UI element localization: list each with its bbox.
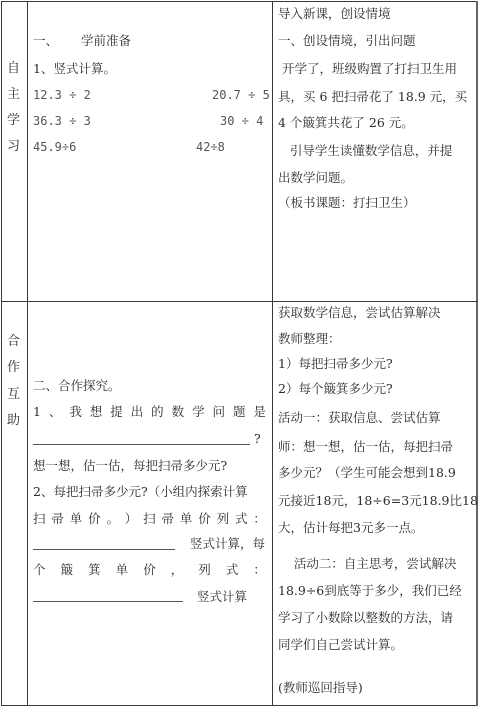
teacher-line: 1）每把扫帚多少元? [278,356,393,372]
question-2-line-2: 扫 帚 单 价 。 ） 扫 帚 单 价 列 式 ： [33,511,266,527]
label-char: 主 [7,87,20,103]
teacher-line: 活动一：获取信息、尝试估算 [278,410,441,426]
table-border-bottom [1,705,478,706]
estimate-prompt: 想一想，估一估，每把扫帚多少元? [33,458,227,474]
q-char: 提 [110,404,123,420]
label-char: 合 [7,334,20,350]
q-char: 列 [198,562,211,578]
table-border-top [1,1,478,2]
q-char: 式 [226,562,239,578]
table-border-left [1,1,2,706]
teacher-line: 引导学生读懂数学信息，并提 [278,143,452,159]
q-char: 1 [33,404,41,420]
q-char: 价 [198,511,211,527]
teacher-line: 2）每个簸箕多少元? [278,381,393,397]
q-char: 帚 [162,511,175,527]
teacher-line: 出数学问题。 [278,170,353,186]
q-char: 数 [172,404,185,420]
teacher-line: （板书课题：打扫卫生） [278,195,416,211]
label-char: 自 [7,61,20,77]
teacher-line: 具，买 6 把扫帚花了 18.9 元，买 [278,89,467,105]
teacher-line: 4 个簸箕共花了 26 元。 [278,115,414,131]
section-heading: 学前准备 [81,33,131,49]
lesson-plan-table: 自 主 学 习 一、 学前准备 1、竖式计算。 12.3 ÷ 2 20.7 ÷ … [0,0,479,707]
q-char: 列 [217,511,230,527]
question-mark: ? [254,431,261,447]
q-char: 簸 [61,562,74,578]
teacher-line: 导入新课，创设情境 [278,6,391,22]
q-char: 价 [88,511,101,527]
task-label: 1、竖式计算。 [33,61,116,77]
answer-blank-1[interactable] [33,444,250,445]
label-char: 助 [7,413,20,429]
q-char: 帚 [51,511,64,527]
problem-right: 20.7 ÷ 5 [212,87,270,103]
label-char: 互 [7,387,20,403]
teacher-line: 活动二：自主思考，尝试解决 [278,556,456,572]
q-char: 个 [33,562,46,578]
answer-blank-2[interactable] [33,549,175,550]
label-char: 作 [7,360,20,376]
q-char: 箕 [88,562,101,578]
teacher-line: 师：想一想，估一估，每把扫帚 [278,439,453,455]
teacher-line: 获取数学信息，尝试估算解决 [278,305,441,321]
q-char: ： [253,562,266,578]
label-char: 习 [7,139,20,155]
q-char: 的 [151,404,164,420]
vertical-calc-label: 竖式计算 [197,589,247,605]
teacher-line: 开学了，班级购置了打扫卫生用 [278,61,457,77]
q-char: ） [125,511,138,527]
q-char: 单 [116,562,129,578]
q-char: 出 [131,404,144,420]
q-char: ， [171,562,184,578]
problem-left: 12.3 ÷ 2 [33,87,91,103]
q-char: 想 [90,404,103,420]
problem-right: 42÷8 [196,139,225,155]
teacher-line: 一、创设情境，引出问题 [278,33,416,49]
teacher-line: (教师巡回指导) [278,680,363,696]
row-divider [1,301,478,302]
teacher-line: 学习了小数除以整数的方法，请 [278,610,453,626]
problem-right: 30 ÷ 4 [220,113,263,129]
q-char: 式 [235,511,248,527]
q-char: 单 [70,511,83,527]
question-1-line: 1 、 我 想 提 出 的 数 学 问 题 是 [33,404,266,420]
q-char: 价 [143,562,156,578]
q-char: ： [253,511,266,527]
q-char: 扫 [33,511,46,527]
problem-left: 36.3 ÷ 3 [33,113,91,129]
q-char: 扫 [143,511,156,527]
teacher-line: 教师整理： [278,331,341,347]
teacher-line: 元接近18元，18÷6=3元18.9比18 [278,493,478,509]
q-char: 、 [49,404,62,420]
q-char: 单 [180,511,193,527]
q-char: 学 [192,404,205,420]
q-char: 是 [253,404,266,420]
column-divider-1 [27,1,28,706]
section-heading: 二、合作探究。 [33,378,121,394]
table-border-right [476,1,478,706]
teacher-line: 大，估计每把3元多一点。 [278,520,423,536]
answer-blank-3[interactable] [33,601,183,602]
question-2-line: 2、每把扫帚多少元?（小组内探索计算 [33,484,248,500]
problem-left: 45.9÷6 [33,139,76,155]
question-2-line-4: 个 簸 箕 单 价 ， 列 式 ： [33,562,266,578]
section-number: 一、 [33,33,58,49]
q-char: 问 [213,404,226,420]
label-char: 学 [7,113,20,129]
teacher-line: 18.9÷6到底等于多少，我们已经 [278,583,462,599]
vertical-calc-label: 竖式计算，每 [190,536,265,552]
teacher-line: 同学们自己尝试计算。 [278,637,403,653]
q-char: 。 [106,511,119,527]
teacher-line: 多少元？（学生可能会想到18.9 [278,465,456,481]
q-char: 题 [233,404,246,420]
q-char: 我 [69,404,82,420]
column-divider-2 [272,1,273,706]
